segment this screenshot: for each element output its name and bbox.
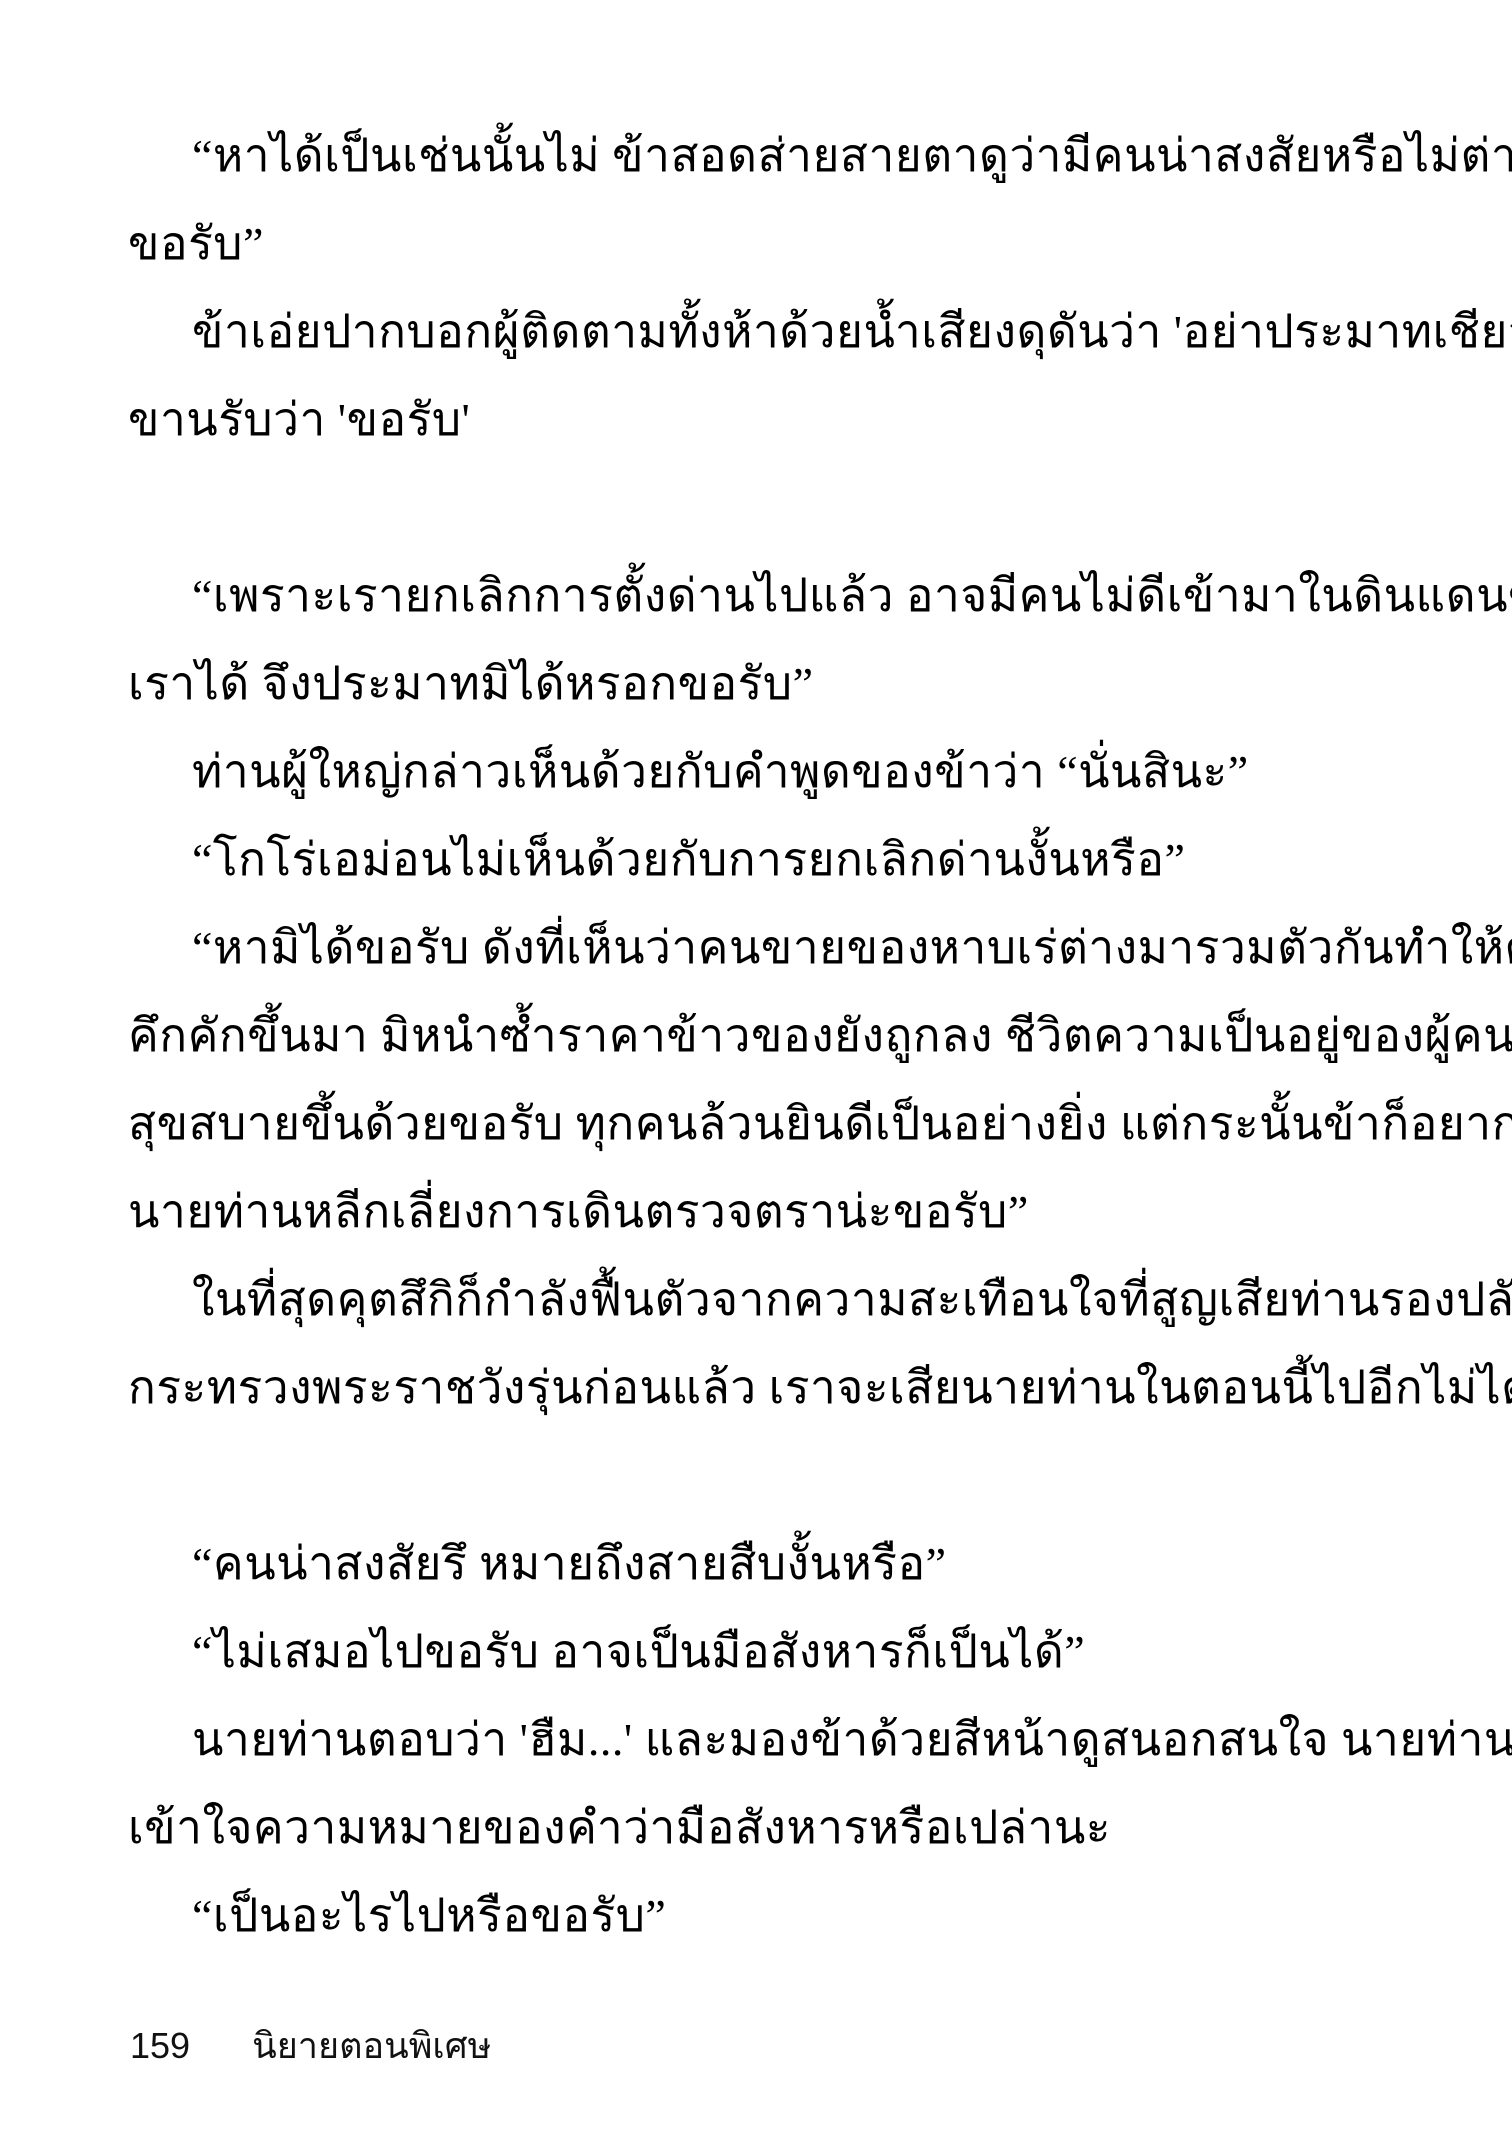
text-line: ท่านผู้ใหญ่กล่าวเห็นด้วยกับคำพูดของข้าว่… xyxy=(128,728,1390,816)
paragraph-gap xyxy=(128,1432,1390,1520)
text-line: เราได้ จึงประมาทมิได้หรอกขอรับ” xyxy=(128,640,1390,728)
book-page: “หาได้เป็นเช่นนั้นไม่ ข้าสอดส่ายสายตาดูว… xyxy=(0,0,1512,2150)
text-line: นายท่านตอบว่า 'ฮืม...' และมองข้าด้วยสีหน… xyxy=(128,1696,1390,1784)
page-number: 159 xyxy=(130,2024,190,2068)
text-line: ข้าเอ่ยปากบอกผู้ติดตามทั้งห้าด้วยน้ำเสีย… xyxy=(128,288,1390,376)
text-line: สุขสบายขึ้นด้วยขอรับ ทุกคนล้วนยินดีเป็นอ… xyxy=(128,1080,1390,1168)
text-line: “หาได้เป็นเช่นนั้นไม่ ข้าสอดส่ายสายตาดูว… xyxy=(128,112,1390,200)
text-line: “หามิได้ขอรับ ดังที่เห็นว่าคนขายของหาบเร… xyxy=(128,904,1390,992)
page-footer: 159 นิยายตอนพิเศษ xyxy=(130,2024,491,2068)
body-text: “หาได้เป็นเช่นนั้นไม่ ข้าสอดส่ายสายตาดูว… xyxy=(128,112,1390,1960)
running-title: นิยายตอนพิเศษ xyxy=(252,2024,491,2068)
text-line: ขอรับ” xyxy=(128,200,1390,288)
text-line: “คนน่าสงสัยรึ หมายถึงสายสืบงั้นหรือ” xyxy=(128,1520,1390,1608)
text-line: เข้าใจความหมายของคำว่ามือสังหารหรือเปล่า… xyxy=(128,1784,1390,1872)
text-line: คึกคักขึ้นมา มิหนำซ้ำราคาข้าวของยังถูกลง… xyxy=(128,992,1390,1080)
paragraph-gap xyxy=(128,464,1390,552)
text-line: “ไม่เสมอไปขอรับ อาจเป็นมือสังหารก็เป็นได… xyxy=(128,1608,1390,1696)
text-line: “เพราะเรายกเลิกการตั้งด่านไปแล้ว อาจมีคน… xyxy=(128,552,1390,640)
text-line: กระทรวงพระราชวังรุ่นก่อนแล้ว เราจะเสียนา… xyxy=(128,1344,1390,1432)
text-line: ในที่สุดคุตสึกิก็กำลังฟื้นตัวจากความสะเท… xyxy=(128,1256,1390,1344)
text-line: “โกโร่เอม่อนไม่เห็นด้วยกับการยกเลิกด่านง… xyxy=(128,816,1390,904)
text-line: นายท่านหลีกเลี่ยงการเดินตรวจตราน่ะขอรับ” xyxy=(128,1168,1390,1256)
text-line: “เป็นอะไรไปหรือขอรับ” xyxy=(128,1872,1390,1960)
text-line: ขานรับว่า 'ขอรับ' xyxy=(128,376,1390,464)
